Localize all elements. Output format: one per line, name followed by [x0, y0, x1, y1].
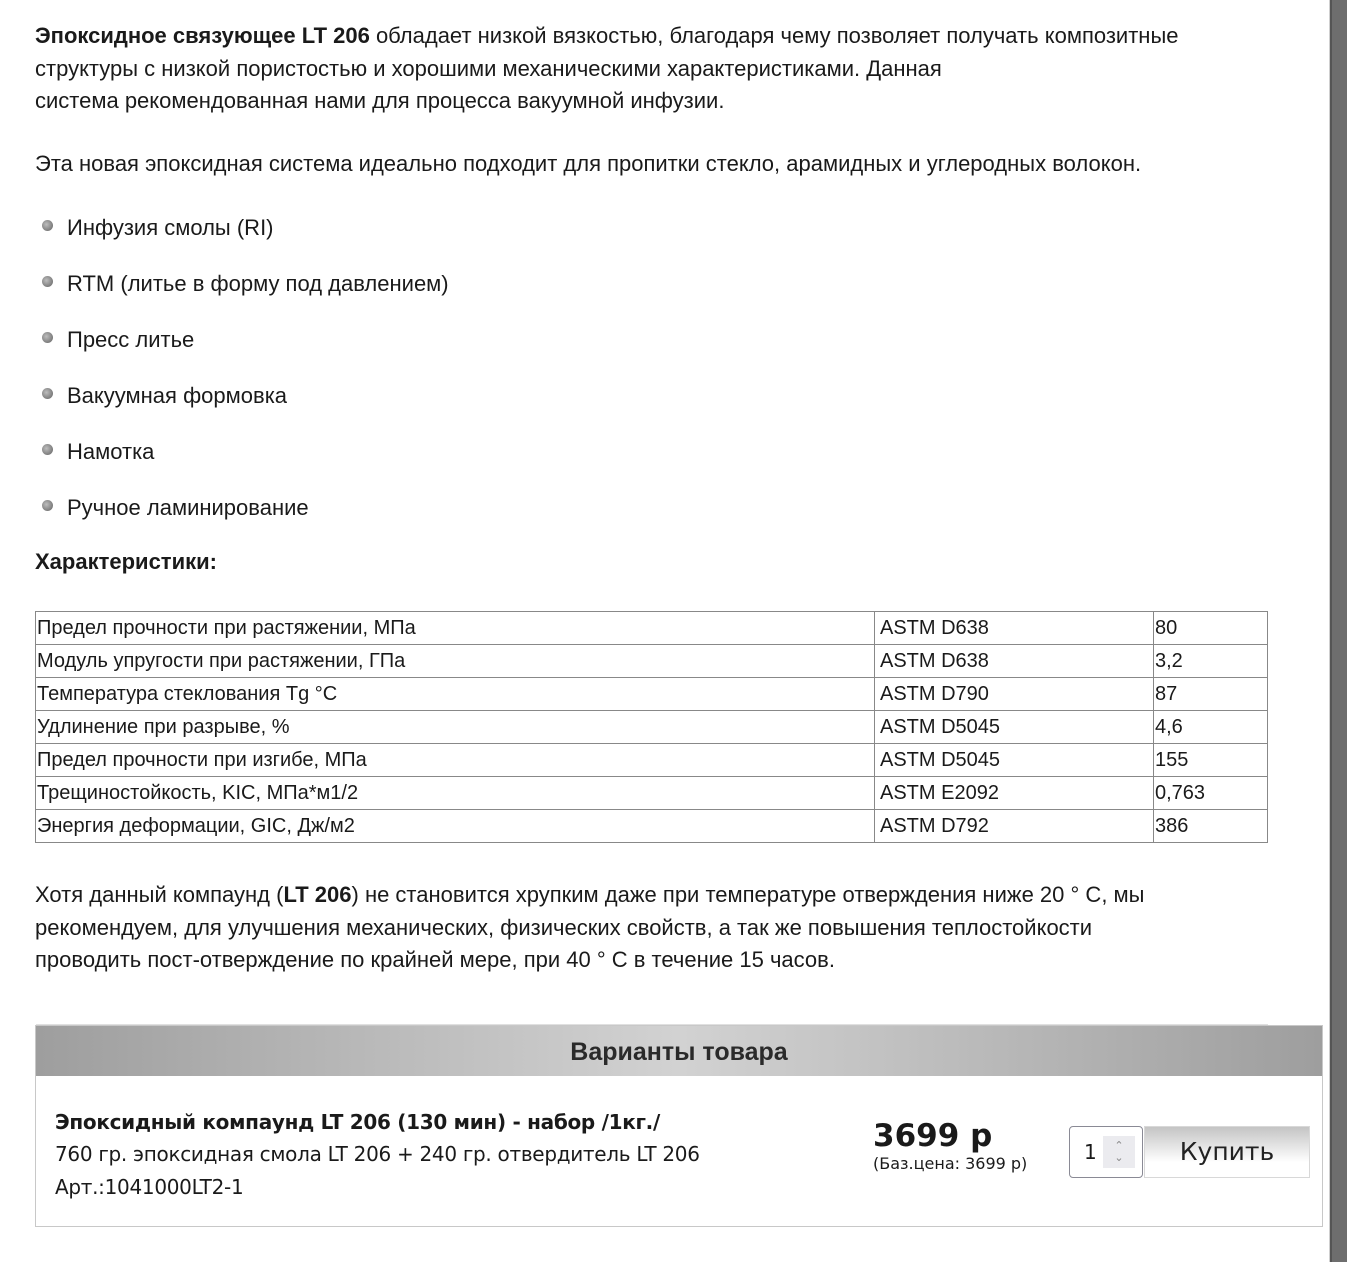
bullet-icon	[42, 220, 53, 231]
intro-line1: обладает низкой вязкостью, благодаря чем…	[370, 23, 1179, 48]
spec-value: 87	[1154, 678, 1268, 711]
intro-line2: структуры с низкой пористостью и хорошим…	[35, 56, 942, 81]
spec-value: 4,6	[1154, 711, 1268, 744]
bullet-icon	[42, 276, 53, 287]
spec-standard: ASTM D5045	[875, 744, 1154, 777]
list-item-label: RTM (литье в форму под давлением)	[67, 271, 449, 296]
spec-standard: ASTM E2092	[875, 777, 1154, 810]
table-row: Трещиностойкость, KIC, МПа*м1/2ASTM E209…	[36, 777, 1268, 810]
variant-sku: Арт.:1041000LT2-1	[55, 1171, 700, 1204]
post-cure-line3: проводить пост-отверждение по крайней ме…	[35, 947, 835, 972]
intro-bold-lead: Эпоксидное связующее LT 206	[35, 23, 370, 48]
quantity-stepper[interactable]: 1 ⌃ ⌄	[1069, 1126, 1143, 1178]
post-cure-paragraph: Хотя данный компаунд (LT 206) не станови…	[35, 879, 1295, 977]
table-row: Предел прочности при растяжении, МПаASTM…	[36, 612, 1268, 645]
spec-standard: ASTM D790	[875, 678, 1154, 711]
buy-button[interactable]: Купить	[1144, 1126, 1310, 1178]
list-item-label: Ручное ламинирование	[67, 495, 309, 520]
spec-value: 155	[1154, 744, 1268, 777]
second-paragraph: Эта новая эпоксидная система идеально по…	[35, 148, 1141, 181]
post-cure-bold: LT 206	[283, 882, 351, 907]
price-block: 3699 р (Баз.цена: 3699 р)	[873, 1118, 1027, 1174]
spec-standard: ASTM D5045	[875, 711, 1154, 744]
variant-info: Эпоксидный компаунд LT 206 (130 мин) - н…	[55, 1106, 700, 1204]
quantity-value[interactable]: 1	[1084, 1140, 1097, 1164]
post-cure-prefix: Хотя данный компаунд (	[35, 882, 283, 907]
list-item: Пресс литье	[35, 322, 449, 378]
spec-property: Удлинение при разрыве, %	[36, 711, 875, 744]
intro-line3: система рекомендованная нами для процесс…	[35, 88, 724, 113]
variant-title: Эпоксидный компаунд LT 206 (130 мин) - н…	[55, 1106, 700, 1138]
table-row: Предел прочности при изгибе, МПаASTM D50…	[36, 744, 1268, 777]
divider	[36, 1024, 1268, 1025]
bullet-icon	[42, 500, 53, 511]
list-item: Ручное ламинирование	[35, 490, 449, 546]
spec-property: Температура стеклования Tg °С	[36, 678, 875, 711]
post-cure-line1: ) не становится хрупким даже при темпера…	[352, 882, 1145, 907]
bullet-icon	[42, 332, 53, 343]
product-variants-panel: Варианты товара Эпоксидный компаунд LT 2…	[35, 1025, 1323, 1227]
spec-property: Предел прочности при изгибе, МПа	[36, 744, 875, 777]
variant-base-price: (Баз.цена: 3699 р)	[873, 1154, 1027, 1174]
post-cure-line2: рекомендуем, для улучшения механических,…	[35, 915, 1092, 940]
intro-paragraph: Эпоксидное связующее LT 206 обладает низ…	[35, 20, 1275, 118]
list-item-label: Инфузия смолы (RI)	[67, 215, 274, 240]
spec-property: Энергия деформации, GIC, Дж/м2	[36, 810, 875, 843]
chevron-down-icon[interactable]: ⌄	[1114, 1152, 1123, 1164]
list-item: Инфузия смолы (RI)	[35, 210, 449, 266]
spec-standard: ASTM D638	[875, 645, 1154, 678]
list-item: Вакуумная формовка	[35, 378, 449, 434]
spec-property: Предел прочности при растяжении, МПа	[36, 612, 875, 645]
spec-property: Модуль упругости при растяжении, ГПа	[36, 645, 875, 678]
list-item-label: Вакуумная формовка	[67, 383, 287, 408]
list-item: RTM (литье в форму под давлением)	[35, 266, 449, 322]
list-item-label: Пресс литье	[67, 327, 194, 352]
table-row: Энергия деформации, GIC, Дж/м2ASTM D7923…	[36, 810, 1268, 843]
applications-list: Инфузия смолы (RI)RTM (литье в форму под…	[35, 210, 449, 546]
spec-standard: ASTM D792	[875, 810, 1154, 843]
table-row: Температура стеклования Tg °СASTM D79087	[36, 678, 1268, 711]
spec-value: 3,2	[1154, 645, 1268, 678]
spec-property: Трещиностойкость, KIC, МПа*м1/2	[36, 777, 875, 810]
quantity-spinner[interactable]: ⌃ ⌄	[1103, 1136, 1135, 1168]
scrollbar[interactable]	[1330, 0, 1347, 1262]
variants-header: Варианты товара	[36, 1026, 1322, 1076]
spec-value: 386	[1154, 810, 1268, 843]
characteristics-heading: Характеристики:	[35, 549, 217, 575]
variant-description: 760 гр. эпоксидная смола LT 206 + 240 гр…	[55, 1138, 700, 1171]
table-row: Удлинение при разрыве, %ASTM D50454,6	[36, 711, 1268, 744]
list-item: Намотка	[35, 434, 449, 490]
bullet-icon	[42, 388, 53, 399]
bullet-icon	[42, 444, 53, 455]
spec-value: 0,763	[1154, 777, 1268, 810]
list-item-label: Намотка	[67, 439, 154, 464]
variant-price: 3699 р	[873, 1118, 1027, 1154]
spec-standard: ASTM D638	[875, 612, 1154, 645]
table-row: Модуль упругости при растяжении, ГПаASTM…	[36, 645, 1268, 678]
spec-value: 80	[1154, 612, 1268, 645]
characteristics-table: Предел прочности при растяжении, МПаASTM…	[35, 611, 1268, 843]
